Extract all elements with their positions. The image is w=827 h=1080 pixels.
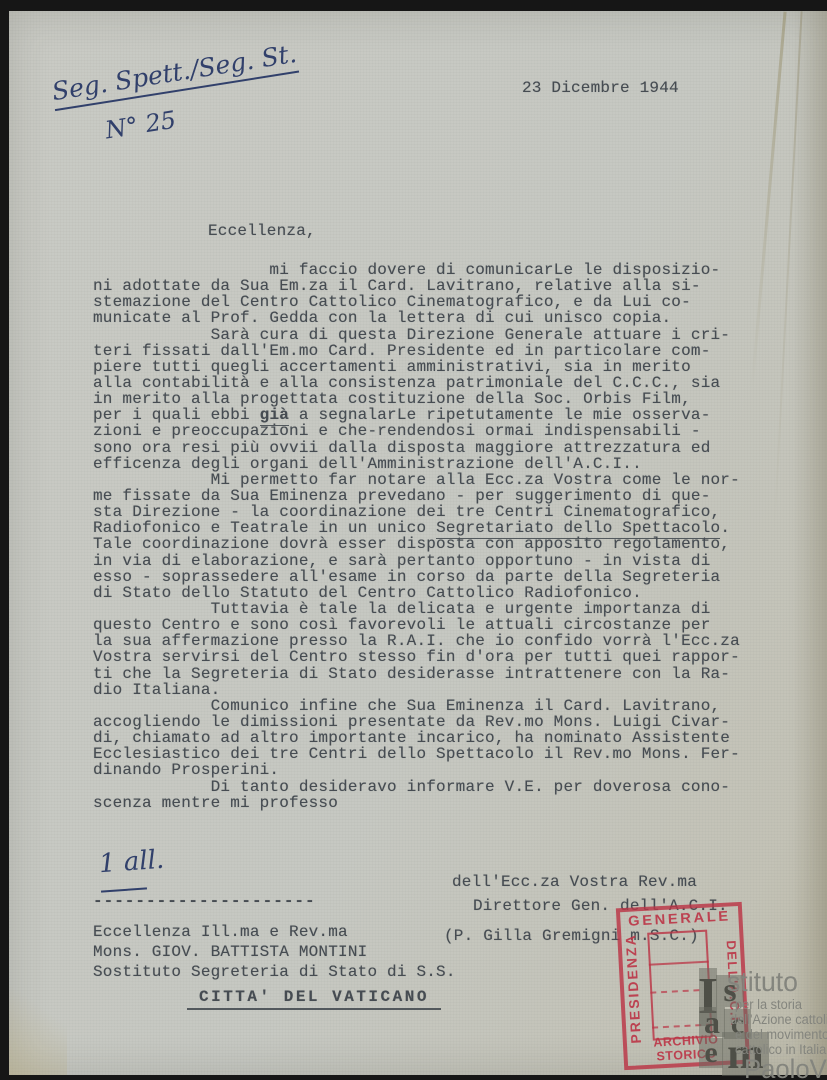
body-line: sta Direzione - la coordinazione dei tre… xyxy=(93,504,740,520)
body-line: Tuttavia è tale la delicata e urgente im… xyxy=(93,601,740,617)
stamp-rule-line xyxy=(649,961,709,966)
recipient-line: Mons. GIOV. BATTISTA MONTINI xyxy=(93,942,456,962)
logo-text-line: per la storia xyxy=(735,997,802,1012)
letter-body: mi faccio dovere di comunicarLe le dispo… xyxy=(93,262,740,811)
handwritten-reference-note: Seg. Spett./Seg. St. xyxy=(50,39,299,111)
body-line: la sua affermazione presso la R.A.I. che… xyxy=(93,633,740,649)
body-line: ni adottate da Sua Em.za il Card. Lavitr… xyxy=(93,278,740,294)
paper-crease xyxy=(750,12,786,391)
logo-text-line: e del movimento xyxy=(735,1027,827,1042)
logo-text-line: dell'Azione cattolica xyxy=(730,1012,827,1027)
logo-text-line: PaoloVI xyxy=(744,1054,827,1080)
body-line: questo Centro e sono così favorevoli le … xyxy=(93,617,740,633)
body-line: Ecclesiastico dei tre Centri dello Spett… xyxy=(93,746,740,762)
body-line: Tale coordinazione dovrà esser disposta … xyxy=(93,536,740,552)
paper-fold xyxy=(9,985,67,1075)
recipient-city: CITTA' DEL VATICANO xyxy=(187,988,441,1010)
body-line: dio Italiana. xyxy=(93,682,740,698)
logo-text-line: stituto xyxy=(727,966,798,998)
body-line: Mi permetto far notare alla Ecc.za Vostr… xyxy=(93,472,740,488)
body-line: ti che la Segreteria di Stato desiderass… xyxy=(93,666,740,682)
body-line: per i quali ebbi già a segnalarLe ripetu… xyxy=(93,407,740,423)
body-line: in merito alla progettata costituzione d… xyxy=(93,391,740,407)
body-line: in via di elaborazione, e sarà pertanto … xyxy=(93,553,740,569)
recipient-line: Eccellenza Ill.ma e Rev.ma xyxy=(93,922,456,942)
body-line: mi faccio dovere di comunicarLe le dispo… xyxy=(93,262,740,278)
body-line: Comunico infine che Sua Eminenza il Card… xyxy=(93,698,740,714)
body-line: Vostra servirsi del Centro stesso fin d'… xyxy=(93,649,740,665)
separator-dashes: --------------------- xyxy=(93,892,316,910)
handwritten-attachments-note: 1 all. xyxy=(98,845,165,879)
paper-edge-shadow xyxy=(793,11,827,1075)
body-line: piere tutti quegli accertamenti amminist… xyxy=(93,359,740,375)
body-line: di Stato dello Statuto del Centro Cattol… xyxy=(93,585,740,601)
body-line: scenza mentre mi professo xyxy=(93,795,740,811)
body-line: Radiofonico e Teatrale in un unico Segre… xyxy=(93,520,740,536)
handwritten-protocol-number: N° 25 xyxy=(103,106,178,145)
closing-line: dell'Ecc.za Vostra Rev.ma xyxy=(452,873,699,891)
logo-letter-tile: e xyxy=(699,1038,723,1068)
isacem-logo: Isacemstitutoper la storiadell'Azione ca… xyxy=(699,968,827,1078)
body-line: stemazione del Centro Cattolico Cinemato… xyxy=(93,294,740,310)
body-line: esso - soprassedere all'esame in corso d… xyxy=(93,569,740,585)
recipient-address: Eccellenza Ill.ma e Rev.maMons. GIOV. BA… xyxy=(93,922,456,982)
body-line: efficenza degli organi dell'Amministrazi… xyxy=(93,456,740,472)
body-line: Di tanto desideravo informare V.E. per d… xyxy=(93,779,740,795)
body-line: dinando Prosperini. xyxy=(93,762,740,778)
body-line: me fissate da Sua Eminenza prevedano - p… xyxy=(93,488,740,504)
body-line: alla contabilità e alla consistenza patr… xyxy=(93,375,740,391)
paper-crease xyxy=(773,11,802,530)
body-line: municate al Prof. Gedda con la lettera d… xyxy=(93,310,740,326)
body-line: sono ora resi più ovvii dalla disposta m… xyxy=(93,440,740,456)
letter-date: 23 Dicembre 1944 xyxy=(522,79,679,97)
body-line: accogliendo le dimissioni presentate da … xyxy=(93,714,740,730)
recipient-line: Sostituto Segreteria di Stato di S.S. xyxy=(93,962,456,982)
scanned-letter-page: Seg. Spett./Seg. St. N° 25 23 Dicembre 1… xyxy=(9,11,827,1075)
body-line: di, chiamato ad altro importante incaric… xyxy=(93,730,740,746)
body-line: zioni e preoccupazioni e che-rendendosi … xyxy=(93,423,740,439)
body-line: Sarà cura di questa Direzione Generale a… xyxy=(93,327,740,343)
body-line: teri fissati dall'Em.mo Card. Presidente… xyxy=(93,343,740,359)
salutation: Eccellenza, xyxy=(208,222,316,240)
